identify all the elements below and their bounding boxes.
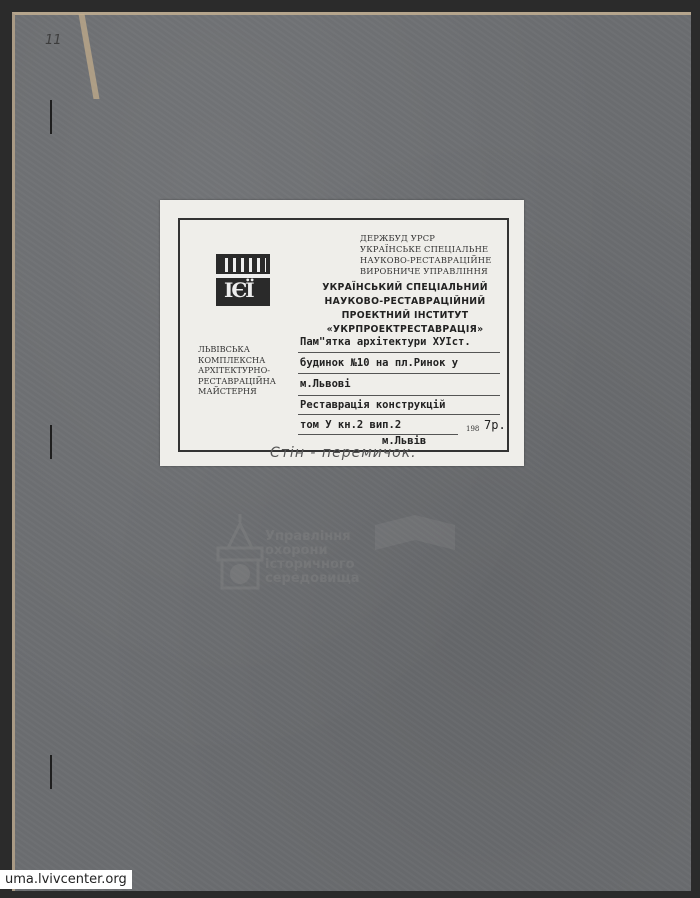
monument-line: Пам"ятка архітектури ХУІст.	[300, 336, 471, 348]
city-line: м.Львові	[300, 378, 351, 390]
year-prefix: 198	[466, 425, 479, 433]
archive-stamp: Управління охорони історичного середовищ…	[205, 512, 385, 592]
tower-icon	[210, 512, 270, 590]
institute-logo-icon: ІЄЇ	[216, 254, 270, 306]
staple-icon	[50, 755, 52, 789]
handwritten-note: Стін - перемичок.	[270, 445, 417, 461]
title-label: ІЄЇ ДЕРЖБУД УРСР УКРАЇНСЬКЕ СПЕЦІАЛЬНЕ Н…	[160, 200, 524, 466]
workshop-name: ЛЬВІВСЬКА КОМПЛЕКСНА АРХІТЕКТУРНО- РЕСТА…	[198, 344, 276, 397]
book-icon	[370, 510, 460, 560]
staple-icon	[50, 425, 52, 459]
volume-line: том У кн.2 вип.2	[300, 419, 401, 431]
pencil-mark: 11	[45, 33, 62, 48]
institute-name: УКРАЇНСЬКИЙ СПЕЦІАЛЬНИЙ НАУКОВО-РЕСТАВРА…	[300, 281, 510, 337]
work-title: Реставрація конструкцій	[300, 399, 445, 411]
source-watermark[interactable]: uma.lvivcenter.org	[0, 870, 132, 889]
building-line: будинок №10 на пл.Ринок у	[300, 357, 458, 369]
staple-icon	[50, 100, 52, 134]
ministry-header: ДЕРЖБУД УРСР УКРАЇНСЬКЕ СПЕЦІАЛЬНЕ НАУКО…	[360, 233, 491, 277]
year-suffix: 7р.	[484, 418, 506, 432]
